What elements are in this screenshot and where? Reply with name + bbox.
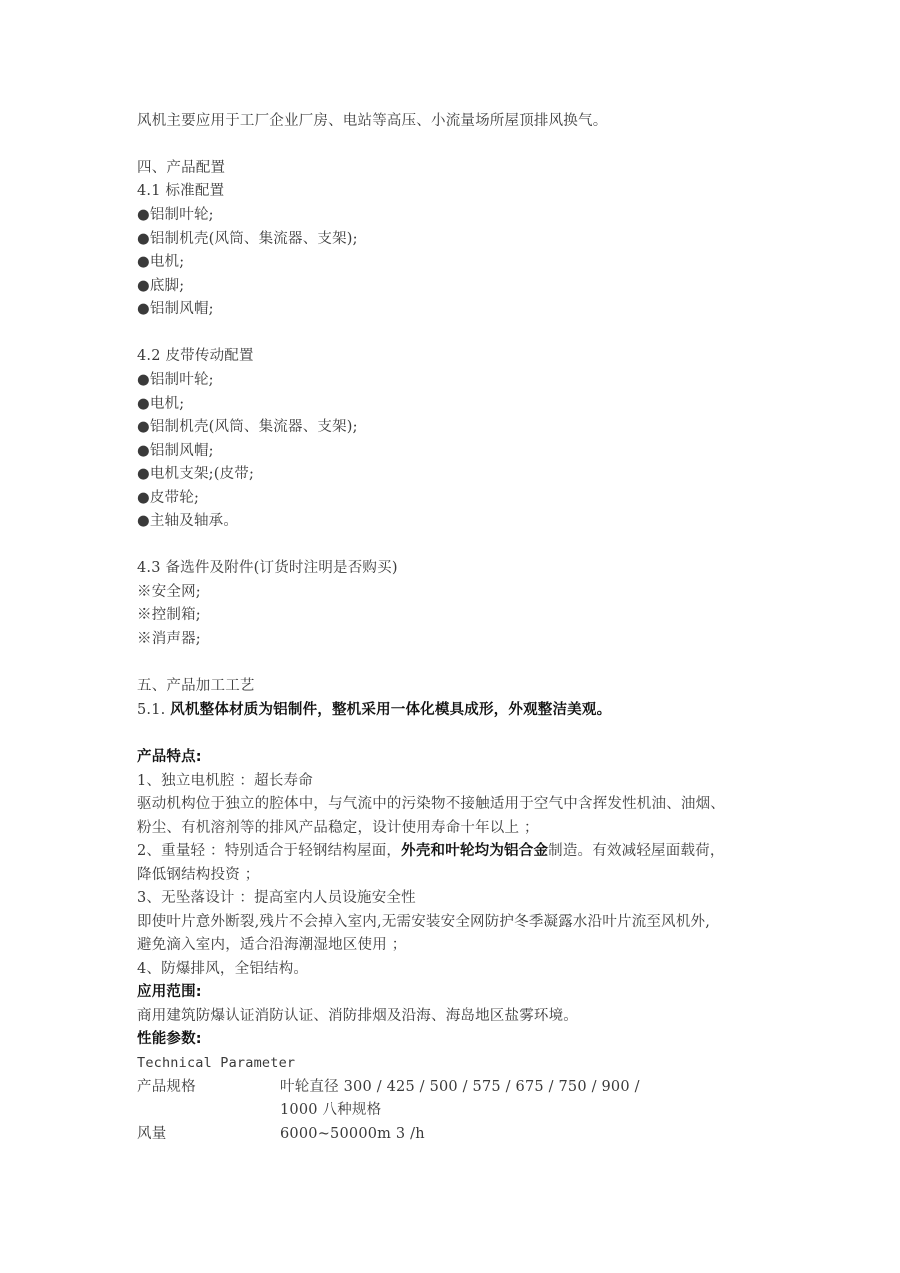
section-5-1-item: 5.1. 风机整体材质为铝制件，整机采用一体化模具成形，外观整洁美观。 bbox=[137, 700, 611, 720]
section-4-1-heading: 4.1 标准配置 bbox=[137, 181, 224, 201]
feature-3-body: 即使叶片意外断裂,残片不会掉入室内,无需安装安全网防护冬季凝露水沿叶片流至风机外… bbox=[137, 912, 710, 932]
list-item: ●底脚; bbox=[137, 276, 184, 296]
feature-1-title: 1、独立电机腔 ：超长寿命 bbox=[137, 771, 313, 791]
section-4-heading: 四、产品配置 bbox=[137, 158, 225, 178]
intro-paragraph: 风机主要应用于工厂企业厂房、电站等高压、小流量场所屋顶排风换气。 bbox=[137, 111, 607, 131]
param-value: 6000~50000m 3 /h bbox=[280, 1124, 425, 1144]
list-item: ●主轴及轴承。 bbox=[137, 511, 238, 531]
section-4-2-heading: 4.2 皮带传动配置 bbox=[137, 346, 254, 366]
parameters-subtitle: Technical Parameter bbox=[137, 1053, 295, 1073]
feature-2-title: 2、重量轻 ：特别适合于轻钢结构屋面，外壳和叶轮均为铝合金制造。有效减轻屋面载荷… bbox=[137, 841, 725, 861]
feature-3-title: 3、无坠落设计 ：提高室内人员设施安全性 bbox=[137, 888, 416, 908]
list-item: ※消声器; bbox=[137, 629, 201, 649]
list-item: ●铝制机壳(风筒、集流器、支架); bbox=[137, 229, 358, 249]
section-5-1-prefix: 5.1. bbox=[137, 702, 170, 718]
list-item: ※安全网; bbox=[137, 582, 201, 602]
list-item: ●铝制风帽; bbox=[137, 299, 214, 319]
list-item: ●电机; bbox=[137, 394, 184, 414]
list-item: ●电机支架;(皮带; bbox=[137, 464, 254, 484]
feature-1-body: 驱动机构位于独立的腔体中，与气流中的污染物不接触适用于空气中含挥发性机油、油烟、 bbox=[137, 794, 725, 814]
param-label: 产品规格 bbox=[137, 1077, 196, 1097]
param-value: 叶轮直径 300 / 425 / 500 / 575 / 675 / 750 /… bbox=[280, 1077, 640, 1097]
list-item: ●铝制叶轮; bbox=[137, 205, 214, 225]
param-value: 1000 八种规格 bbox=[280, 1100, 381, 1120]
feature-2-bold-text: 外壳和叶轮均为铝合金 bbox=[401, 843, 548, 859]
list-item: ●电机; bbox=[137, 252, 184, 272]
list-item: ●铝制叶轮; bbox=[137, 370, 214, 390]
list-item: ●铝制风帽; bbox=[137, 441, 214, 461]
list-item: ●铝制机壳(风筒、集流器、支架); bbox=[137, 417, 358, 437]
feature-2-body: 降低钢结构投资 ； bbox=[137, 865, 259, 885]
section-5-heading: 五、产品加工工艺 bbox=[137, 676, 255, 696]
parameters-heading: 性能参数: bbox=[137, 1029, 202, 1049]
feature-1-body: 粉尘、有机溶剂等的排风产品稳定，设计使用寿命十年以上 ； bbox=[137, 818, 539, 838]
list-item: ●皮带轮; bbox=[137, 488, 199, 508]
feature-2-text: 制造。有效减轻屋面载荷， bbox=[548, 843, 724, 859]
list-item: ※控制箱; bbox=[137, 605, 201, 625]
application-body: 商用建筑防爆认证消防认证、消防排烟及沿海、海岛地区盐雾环境。 bbox=[137, 1006, 578, 1026]
application-heading: 应用范围: bbox=[137, 982, 202, 1002]
feature-3-body: 避免滴入室内，适合沿海潮湿地区使用 ； bbox=[137, 935, 406, 955]
section-5-1-text: 风机整体材质为铝制件，整机采用一体化模具成形，外观整洁美观。 bbox=[170, 702, 611, 718]
features-heading: 产品特点: bbox=[137, 747, 202, 767]
param-label: 风量 bbox=[137, 1124, 166, 1144]
feature-2-text: 2、重量轻 ：特别适合于轻钢结构屋面， bbox=[137, 843, 401, 859]
feature-4: 4、防爆排风，全铝结构。 bbox=[137, 959, 308, 979]
section-4-3-heading: 4.3 备选件及附件(订货时注明是否购买) bbox=[137, 558, 398, 578]
